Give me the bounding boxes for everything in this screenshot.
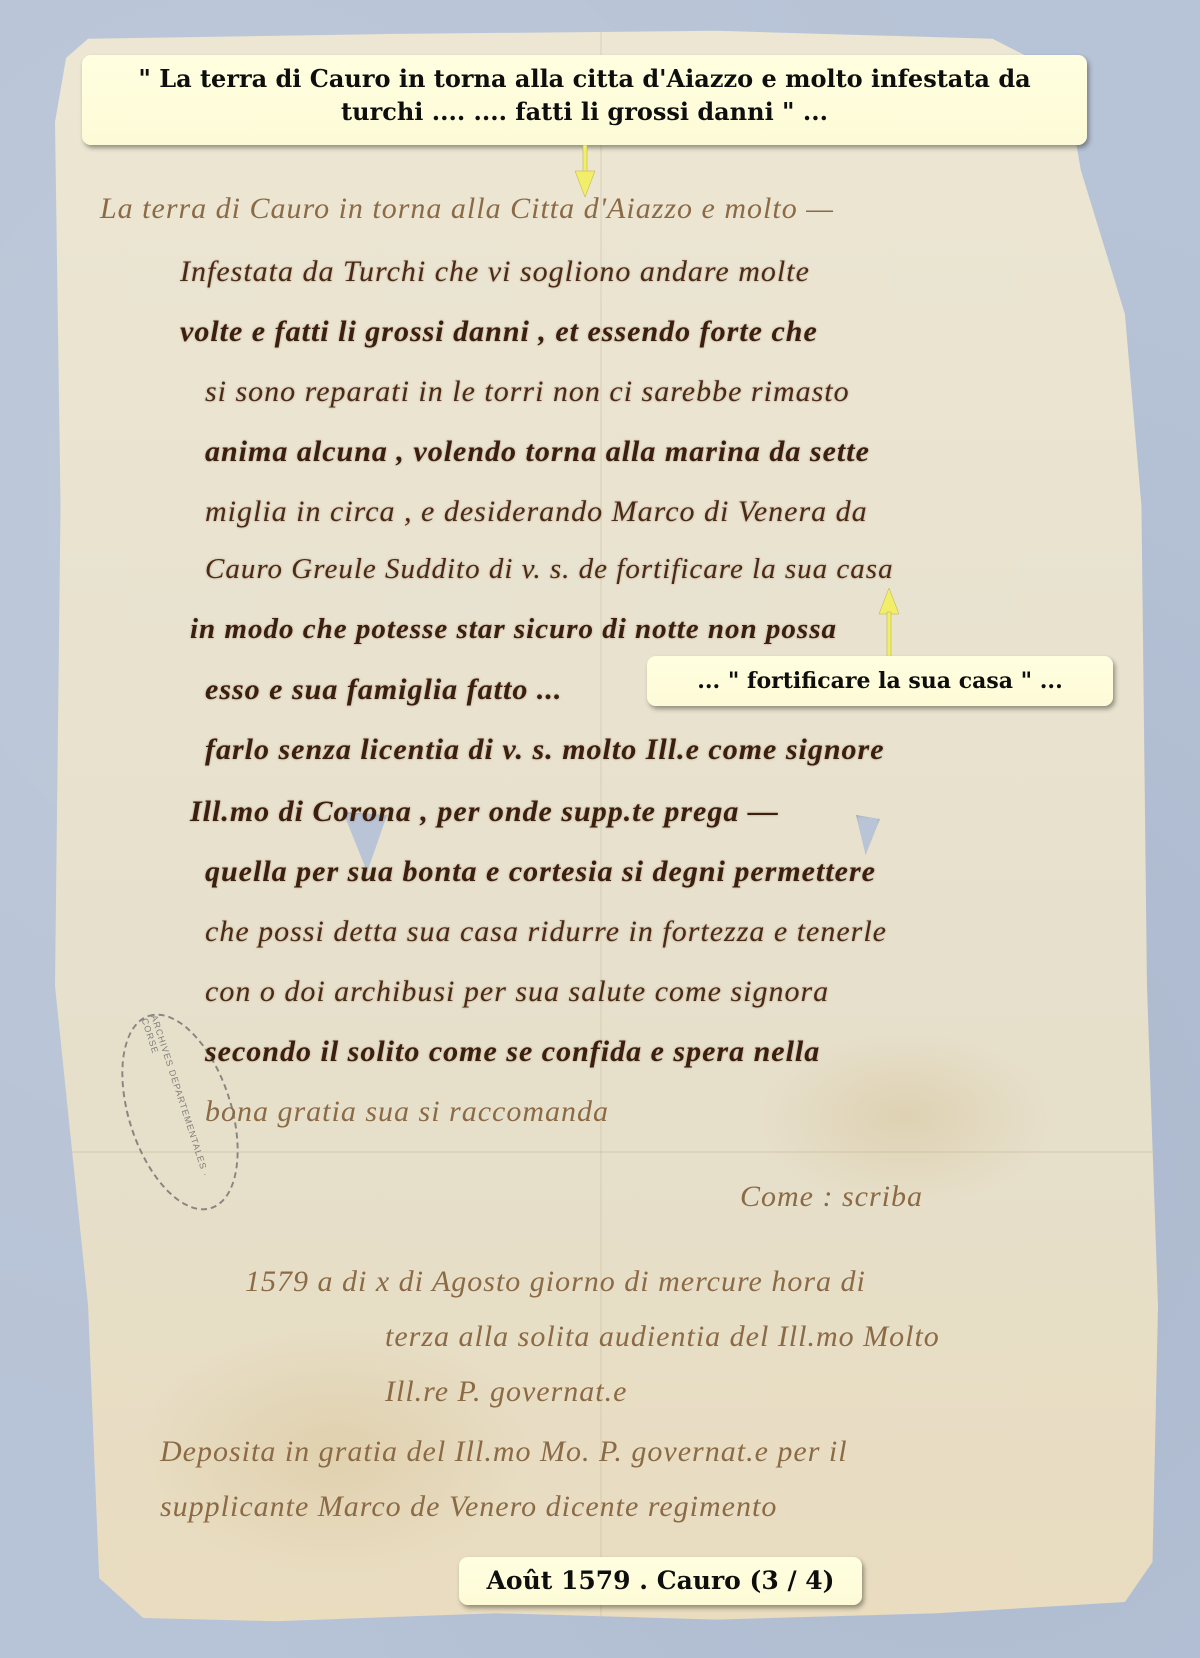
endorsement-line: Deposita in gratia del Ill.mo Mo. P. gov…	[160, 1435, 848, 1469]
manuscript-line: secondo il solito come se confida e sper…	[205, 1035, 820, 1069]
quote-callout-fortify: ... " fortificare la sua casa " ...	[647, 656, 1113, 706]
quote-line-2: turchi .... .... fatti li grossi danni "…	[82, 95, 1087, 128]
manuscript-line: esso e sua famiglia fatto ...	[205, 673, 562, 707]
manuscript-line: Infestata da Turchi che vi sogliono anda…	[180, 255, 810, 289]
endorsement-line: supplicante Marco de Venero dicente regi…	[160, 1490, 777, 1524]
manuscript-signature: Come : scriba	[740, 1180, 923, 1214]
manuscript-line: farlo senza licentia di v. s. molto Ill.…	[205, 733, 885, 767]
quote-callout-top: " La terra di Cauro in torna alla citta …	[82, 55, 1087, 145]
manuscript-line: Ill.mo di Corona , per onde supp.te preg…	[190, 795, 779, 829]
manuscript-line: si sono reparati in le torri non ci sare…	[205, 375, 850, 409]
endorsement-line: Ill.re P. governat.e	[385, 1375, 627, 1409]
manuscript-line: con o doi archibusi per sua salute come …	[205, 975, 829, 1009]
arrow-down-icon	[570, 145, 600, 200]
manuscript-line: miglia in circa , e desiderando Marco di…	[205, 495, 868, 529]
manuscript-line: quella per sua bonta e cortesia si degni…	[205, 855, 876, 889]
endorsement-line: terza alla solita audientia del Ill.mo M…	[385, 1320, 940, 1354]
manuscript-line: in modo che potesse star sicuro di notte…	[190, 613, 837, 646]
manuscript-line: bona gratia sua si raccomanda	[205, 1095, 609, 1129]
manuscript-line: volte e fatti li grossi danni , et essen…	[180, 315, 818, 349]
manuscript-line: che possi detta sua casa ridurre in fort…	[205, 915, 887, 949]
quote-line-1: " La terra di Cauro in torna alla citta …	[82, 62, 1087, 95]
manuscript-line: anima alcuna , volendo torna alla marina…	[205, 435, 870, 469]
endorsement-line: 1579 a di x di Agosto giorno di mercure …	[245, 1265, 866, 1299]
manuscript-line: Cauro Greule Suddito di v. s. de fortifi…	[205, 553, 894, 586]
arrow-up-icon	[874, 588, 904, 658]
page-caption: Août 1579 . Cauro (3 / 4)	[459, 1557, 862, 1605]
manuscript-line: La terra di Cauro in torna alla Citta d'…	[100, 192, 834, 226]
